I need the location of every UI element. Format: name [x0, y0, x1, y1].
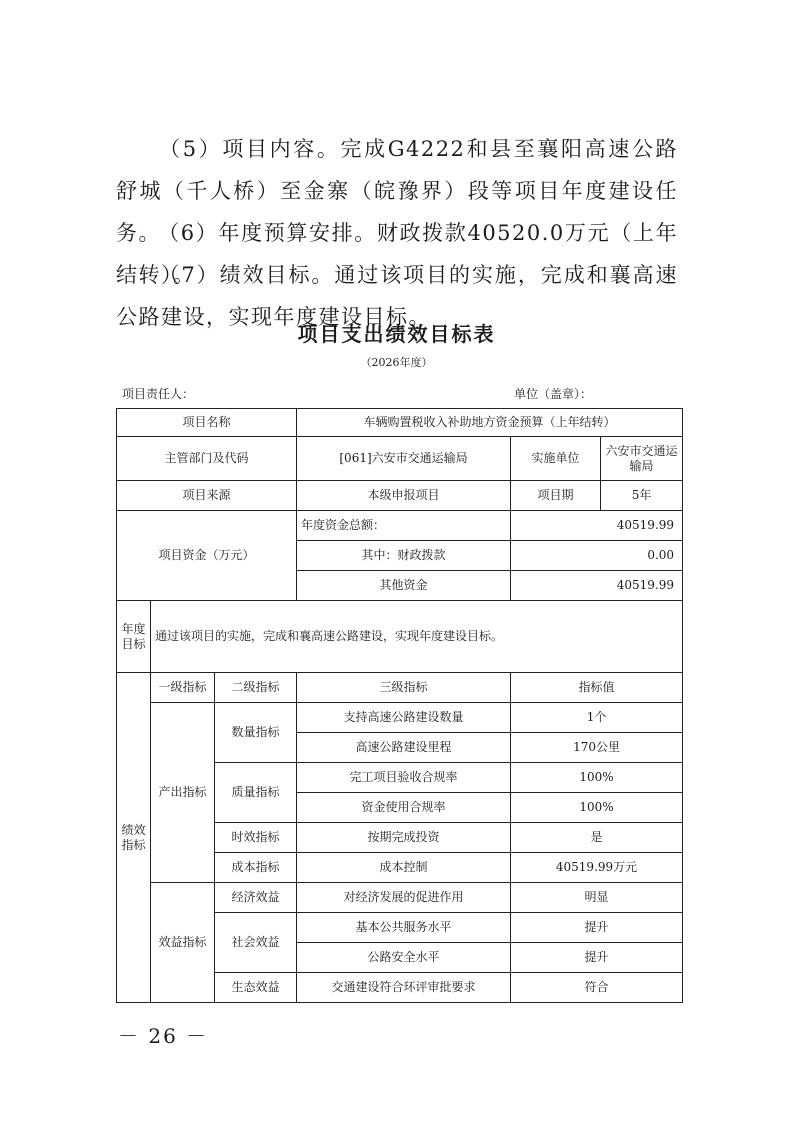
social-benefit-label: 社会效益 — [215, 913, 297, 973]
impl-unit-value: 六安市交通运输局 — [601, 437, 683, 481]
indicator-name: 公路安全水平 — [297, 943, 511, 973]
economic-benefit-label: 经济效益 — [215, 883, 297, 913]
other-funds-label: 其他资金 — [297, 571, 511, 601]
table-subtitle: （2026年度） — [0, 354, 793, 370]
unit-seal-label: 单位（盖章）： — [514, 385, 592, 402]
table-row: 年度目标 通过该项目的实施，完成和襄高速公路建设，实现年度建设目标。 — [117, 601, 683, 673]
indicator-value: 符合 — [511, 973, 683, 1003]
indicator-name: 按期完成投资 — [297, 823, 511, 853]
indicator-name: 对经济发展的促进作用 — [297, 883, 511, 913]
header-level3: 三级指标 — [297, 673, 511, 703]
total-funds-value: 40519.99 — [511, 511, 683, 541]
header-level2: 二级指标 — [215, 673, 297, 703]
indicator-value: 1个 — [511, 703, 683, 733]
other-funds-value: 40519.99 — [511, 571, 683, 601]
period-label: 项目期 — [511, 481, 601, 511]
indicator-value: 是 — [511, 823, 683, 853]
source-value: 本级申报项目 — [297, 481, 511, 511]
indicator-name: 支持高速公路建设数量 — [297, 703, 511, 733]
header-level1: 一级指标 — [151, 673, 215, 703]
indicator-value: 提升 — [511, 913, 683, 943]
indicator-name: 交通建设符合环评审批要求 — [297, 973, 511, 1003]
fiscal-funds-value: 0.00 — [511, 541, 683, 571]
table-title: 项目支出绩效目标表 — [0, 318, 793, 347]
dept-value: [061]六安市交通运输局 — [297, 437, 511, 481]
annual-goal-label: 年度目标 — [117, 601, 151, 673]
indicator-value: 170公里 — [511, 733, 683, 763]
project-name-label: 项目名称 — [117, 409, 297, 437]
indicator-name: 成本控制 — [297, 853, 511, 883]
indicator-name: 资金使用合规率 — [297, 793, 511, 823]
dept-label: 主管部门及代码 — [117, 437, 297, 481]
table-row: 项目资金（万元） 年度资金总额： 40519.99 — [117, 511, 683, 541]
impl-unit-label: 实施单位 — [511, 437, 601, 481]
period-value: 5年 — [601, 481, 683, 511]
table-row: 效益指标 经济效益 对经济发展的促进作用 明显 — [117, 883, 683, 913]
header-value: 指标值 — [511, 673, 683, 703]
indicators-section-label: 绩效指标 — [117, 673, 151, 1003]
indicator-value: 提升 — [511, 943, 683, 973]
table-row: 项目来源 本级申报项目 项目期 5年 — [117, 481, 683, 511]
table-row: 主管部门及代码 [061]六安市交通运输局 实施单位 六安市交通运输局 — [117, 437, 683, 481]
indicator-name: 完工项目验收合规率 — [297, 763, 511, 793]
total-funds-label: 年度资金总额： — [297, 511, 511, 541]
project-name-value: 车辆购置税收入补助地方资金预算（上年结转） — [297, 409, 683, 437]
indicator-value: 明显 — [511, 883, 683, 913]
table-row: 绩效指标 一级指标 二级指标 三级指标 指标值 — [117, 673, 683, 703]
indicator-name: 高速公路建设里程 — [297, 733, 511, 763]
cost-indicator-label: 成本指标 — [215, 853, 297, 883]
indicator-value: 40519.99万元 — [511, 853, 683, 883]
table-row: 项目名称 车辆购置税收入补助地方资金预算（上年结转） — [117, 409, 683, 437]
benefit-indicator-label: 效益指标 — [151, 883, 215, 1003]
fiscal-funds-label: 其中：财政拨款 — [297, 541, 511, 571]
page-number: － 26 － — [118, 1020, 208, 1049]
ecology-benefit-label: 生态效益 — [215, 973, 297, 1003]
indicator-value: 100% — [511, 763, 683, 793]
timeliness-indicator-label: 时效指标 — [215, 823, 297, 853]
quantity-indicator-label: 数量指标 — [215, 703, 297, 763]
quality-indicator-label: 质量指标 — [215, 763, 297, 823]
output-indicator-label: 产出指标 — [151, 703, 215, 883]
funds-label: 项目资金（万元） — [117, 511, 297, 601]
responsible-person-label: 项目责任人： — [122, 385, 194, 402]
indicator-name: 基本公共服务水平 — [297, 913, 511, 943]
source-label: 项目来源 — [117, 481, 297, 511]
table-row: 产出指标 数量指标 支持高速公路建设数量 1个 — [117, 703, 683, 733]
indicator-value: 100% — [511, 793, 683, 823]
performance-target-table: 项目名称 车辆购置税收入补助地方资金预算（上年结转） 主管部门及代码 [061]… — [116, 408, 683, 1003]
annual-goal-value: 通过该项目的实施，完成和襄高速公路建设，实现年度建设目标。 — [151, 601, 683, 673]
